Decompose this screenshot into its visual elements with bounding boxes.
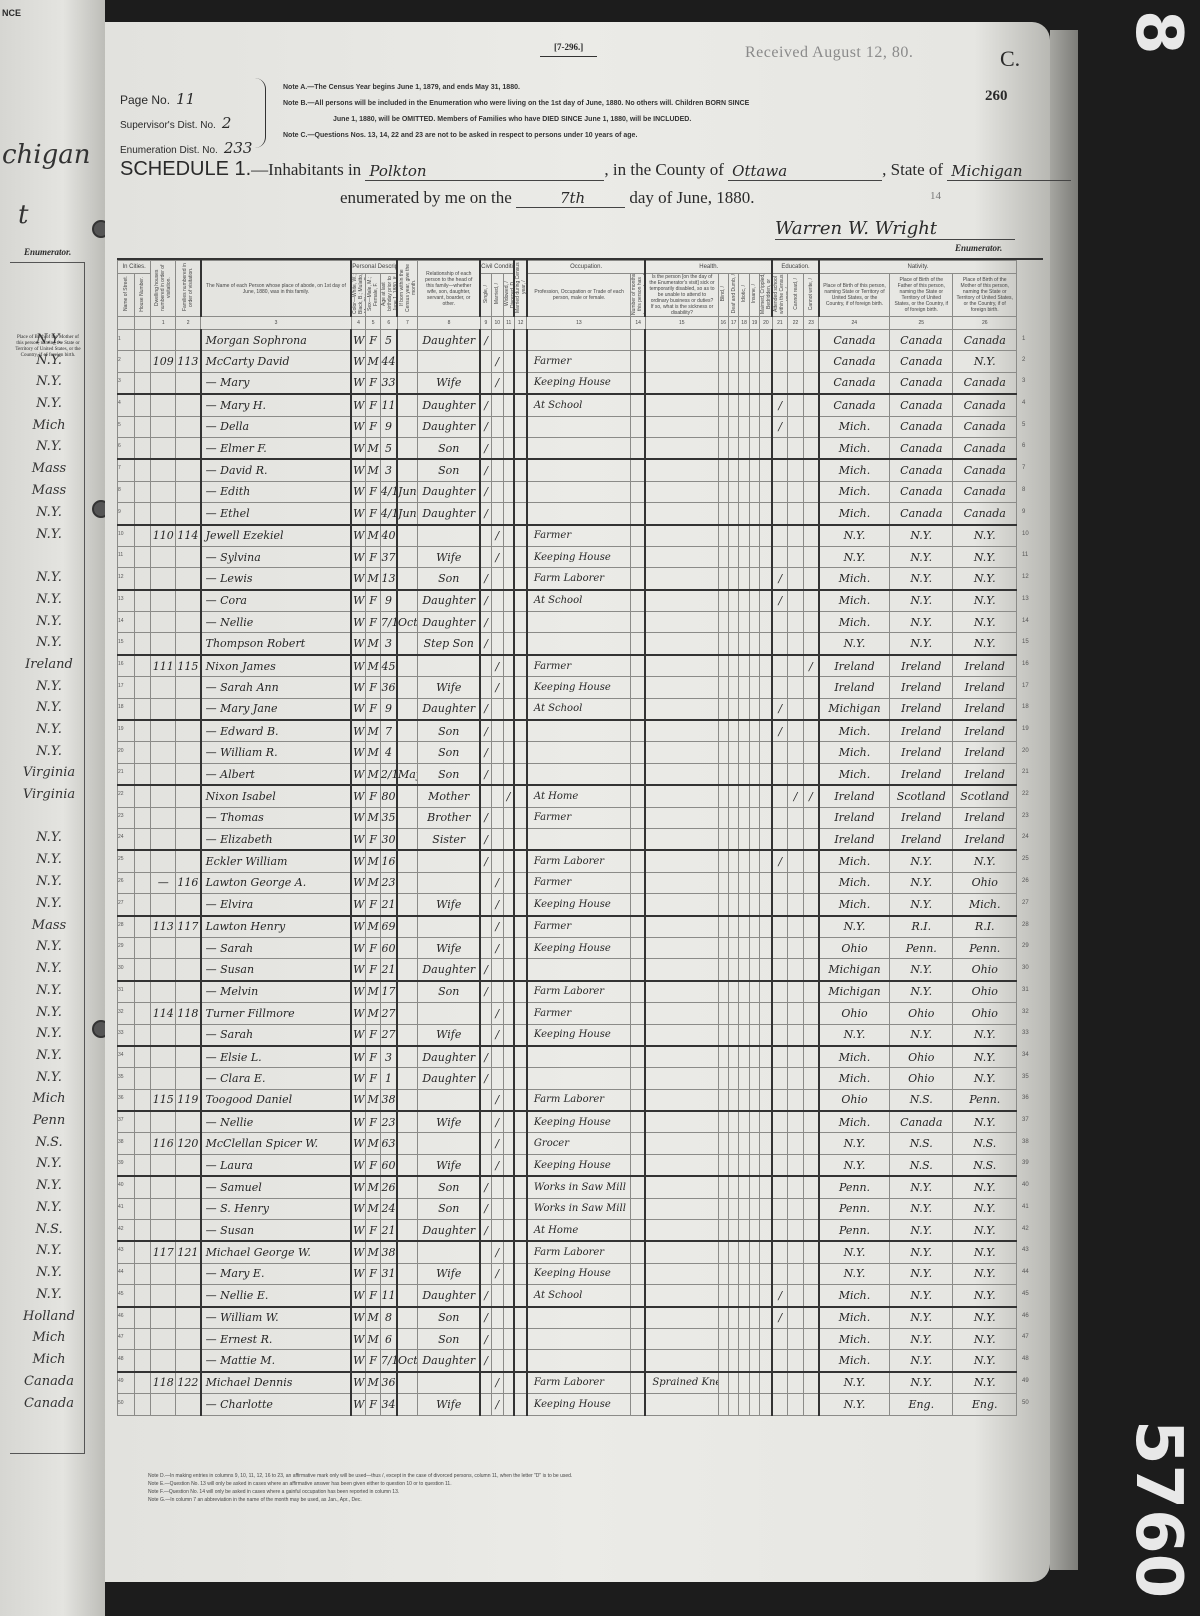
cell-deaf xyxy=(729,330,739,351)
cell-house xyxy=(134,1198,151,1219)
cell-sick xyxy=(645,937,718,958)
cell-bp: Ohio xyxy=(819,1003,890,1024)
cell-name: — Clara E. xyxy=(201,1068,352,1089)
cell-cw xyxy=(803,633,819,655)
cell-school: / xyxy=(772,1307,788,1329)
left-page-birthplace-cell: Holland xyxy=(14,1309,84,1324)
column-number: 24 xyxy=(819,317,890,330)
cell-idiotic xyxy=(739,394,749,416)
cell-cw xyxy=(803,1307,819,1329)
cell-blind xyxy=(718,394,728,416)
cell-fam xyxy=(176,394,201,416)
cell-sex: F xyxy=(366,503,381,525)
cell-dw xyxy=(151,850,176,872)
cell-bf: Ireland xyxy=(890,828,953,850)
cell-rel: Son xyxy=(418,1198,480,1219)
cell-name: — Mattie M. xyxy=(201,1350,352,1372)
cell-bm: Penn. xyxy=(953,937,1017,958)
cell-myear xyxy=(514,655,526,677)
line-number: 2 xyxy=(1022,357,1025,363)
cell-sick xyxy=(645,698,718,720)
line-number: 32 xyxy=(1022,1009,1029,1015)
cell-month xyxy=(397,1394,418,1415)
cell-sex: F xyxy=(366,785,381,807)
cell-house xyxy=(134,937,151,958)
line-number: 21 xyxy=(1022,769,1029,775)
cell-single xyxy=(480,1089,491,1111)
line-number-left: 21 xyxy=(118,769,124,775)
cell-deaf xyxy=(729,590,739,612)
cell-dw xyxy=(151,437,176,459)
cell-deaf xyxy=(729,503,739,525)
cell-idiotic xyxy=(739,1154,749,1176)
cell-sick xyxy=(645,1024,718,1046)
column-number: 6 xyxy=(380,317,397,330)
cell-sex: M xyxy=(366,459,381,481)
cell-dw xyxy=(151,1068,176,1089)
header-nativity: Nativity. xyxy=(819,261,1017,274)
cell-single: / xyxy=(480,1068,491,1089)
cell-school: / xyxy=(772,568,788,590)
cell-name: — Samuel xyxy=(201,1176,352,1198)
cell-maimed xyxy=(760,1133,772,1154)
cell-maimed xyxy=(760,546,772,567)
cell-age: 1 xyxy=(380,1068,397,1089)
schedule-line: SCHEDULE 1.—Inhabitants in Polkton, in t… xyxy=(120,158,1071,181)
line-number-left: 47 xyxy=(118,1334,124,1340)
cell-name: Toogood Daniel xyxy=(201,1089,352,1111)
corner-letter: C. xyxy=(1000,46,1020,72)
left-page-birthplace-cell: N.Y. xyxy=(14,374,84,389)
cell-idiotic xyxy=(739,698,749,720)
census-row: 116120McClellan Spicer W.WM63/GrocerN.Y.… xyxy=(118,1133,1017,1154)
line-number-left: 46 xyxy=(118,1313,124,1319)
cell-sex: F xyxy=(366,1068,381,1089)
cell-myear xyxy=(514,1176,526,1198)
cell-deaf xyxy=(729,1198,739,1219)
cell-myear xyxy=(514,807,526,828)
cell-color: W xyxy=(351,481,366,502)
cell-school xyxy=(772,503,788,525)
cell-bm: N.Y. xyxy=(953,1024,1017,1046)
cell-name: — Elvira xyxy=(201,894,352,916)
cell-fam xyxy=(176,1220,201,1242)
cell-age: 27 xyxy=(380,1003,397,1024)
cell-cw xyxy=(803,807,819,828)
line-number-left: 29 xyxy=(118,943,124,949)
cell-insane xyxy=(749,1133,759,1154)
cell-cr xyxy=(788,828,804,850)
cell-sex: F xyxy=(366,1285,381,1307)
cell-unemp xyxy=(631,655,646,677)
cell-cr xyxy=(788,763,804,785)
census-row: 109113McCarty DavidWM44/FarmerCanadaCana… xyxy=(118,351,1017,372)
cell-school xyxy=(772,916,788,938)
cell-deaf xyxy=(729,785,739,807)
cell-fam xyxy=(176,677,201,698)
line-number: 9 xyxy=(1022,509,1025,515)
cell-bm: N.Y. xyxy=(953,546,1017,567)
census-row: — CharlotteWF34Wife/Keeping HouseN.Y.Eng… xyxy=(118,1394,1017,1415)
cell-name: Michael Dennis xyxy=(201,1372,352,1394)
cell-month xyxy=(397,372,418,394)
cell-sick xyxy=(645,351,718,372)
cell-unemp xyxy=(631,437,646,459)
cell-bp: Michigan xyxy=(819,981,890,1003)
cell-month xyxy=(397,698,418,720)
cell-blind xyxy=(718,937,728,958)
place-field: Polkton xyxy=(365,162,604,181)
cell-deaf xyxy=(729,872,739,893)
cell-month xyxy=(397,1133,418,1154)
cell-bp: N.Y. xyxy=(819,1241,890,1263)
page-edge xyxy=(1050,30,1078,1570)
cell-insane xyxy=(749,916,759,938)
cell-occ xyxy=(527,763,631,785)
left-facing-page: NCE chigan t Enumerator. Place of Birth … xyxy=(0,0,105,1616)
cell-sick xyxy=(645,1046,718,1068)
cell-maimed xyxy=(760,742,772,763)
cell-bf: N.Y. xyxy=(890,1285,953,1307)
cell-married xyxy=(492,481,503,502)
cell-occ xyxy=(527,633,631,655)
cell-blind xyxy=(718,459,728,481)
cell-bp: Canada xyxy=(819,351,890,372)
cell-insane xyxy=(749,677,759,698)
header-widowed: Widowed, / Divorced, D. xyxy=(504,274,515,316)
cell-cr xyxy=(788,416,804,437)
cell-myear xyxy=(514,546,526,567)
cell-idiotic xyxy=(739,828,749,850)
cell-married xyxy=(492,1046,503,1068)
cell-month xyxy=(397,416,418,437)
cell-cw xyxy=(803,1024,819,1046)
inhabitants-label: —Inhabitants in xyxy=(251,160,361,179)
header-married-year: Married during Census year, / xyxy=(515,261,526,316)
cell-age: 5 xyxy=(380,330,397,351)
cell-month xyxy=(397,1046,418,1068)
cell-dw xyxy=(151,1220,176,1242)
cell-color: W xyxy=(351,720,366,742)
cell-insane xyxy=(749,785,759,807)
cell-occ: Farm Laborer xyxy=(527,850,631,872)
cell-bp: Mich. xyxy=(819,568,890,590)
census-row: — ElviraWF21Wife/Keeping HouseMich.N.Y.M… xyxy=(118,894,1017,916)
cell-cr xyxy=(788,1154,804,1176)
district-info: Page No.11 Supervisor's Dist. No.2 Enume… xyxy=(120,88,252,162)
cell-idiotic xyxy=(739,1003,749,1024)
cell-maimed xyxy=(760,1285,772,1307)
cell-myear xyxy=(514,612,526,633)
cell-single: / xyxy=(480,481,491,502)
cell-blind xyxy=(718,1176,728,1198)
state-field: Michigan xyxy=(947,162,1071,181)
cell-myear xyxy=(514,698,526,720)
cell-bf: N.Y. xyxy=(890,1328,953,1349)
cell-widowed xyxy=(503,698,514,720)
cell-single: / xyxy=(480,850,491,872)
cell-married: / xyxy=(492,1241,503,1263)
census-row: — Mary H.WF11Daughter/At School/CanadaCa… xyxy=(118,394,1017,416)
cell-cr xyxy=(788,1198,804,1219)
cell-bm: Canada xyxy=(953,330,1017,351)
left-page-birthplace-cell: N.Y. xyxy=(14,1156,84,1171)
cell-sex: M xyxy=(366,1372,381,1394)
cell-single xyxy=(480,351,491,372)
cell-dw: 118 xyxy=(151,1372,176,1394)
cell-cr xyxy=(788,1263,804,1284)
cell-house xyxy=(134,828,151,850)
cell-bf: Penn. xyxy=(890,937,953,958)
census-table: In Cities. Dwelling houses numbered in o… xyxy=(117,258,1043,1416)
cell-married xyxy=(492,807,503,828)
cell-maimed xyxy=(760,525,772,547)
cell-house xyxy=(134,1372,151,1394)
line-number-left: 45 xyxy=(118,1291,124,1297)
cell-insane xyxy=(749,1003,759,1024)
census-row: — Edward B.WM7Son//Mich.IrelandIreland xyxy=(118,720,1017,742)
cell-rel: Step Son xyxy=(418,633,480,655)
cell-blind xyxy=(718,1024,728,1046)
cell-bf: N.Y. xyxy=(890,612,953,633)
cell-rel: Daughter xyxy=(418,698,480,720)
cell-name: — Edward B. xyxy=(201,720,352,742)
cell-bm: Canada xyxy=(953,481,1017,502)
film-frame-number-top: 8 xyxy=(1121,10,1195,55)
cell-sick xyxy=(645,437,718,459)
cell-single: / xyxy=(480,416,491,437)
cell-sex: M xyxy=(366,807,381,828)
cell-deaf xyxy=(729,916,739,938)
cell-idiotic xyxy=(739,1241,749,1263)
cell-sex: F xyxy=(366,612,381,633)
cell-married xyxy=(492,568,503,590)
cell-rel: Sister xyxy=(418,828,480,850)
cell-bf: N.Y. xyxy=(890,1176,953,1198)
enumeration-label: Enumeration Dist. No. xyxy=(120,145,218,156)
cell-bp: Mich. xyxy=(819,742,890,763)
cell-fam: 115 xyxy=(176,655,201,677)
cell-deaf xyxy=(729,850,739,872)
cell-bm: N.Y. xyxy=(953,1263,1017,1284)
cell-myear xyxy=(514,590,526,612)
cell-rel: Wife xyxy=(418,894,480,916)
cell-bf: N.Y. xyxy=(890,1220,953,1242)
cell-rel: Son xyxy=(418,1176,480,1198)
cell-age: 3 xyxy=(380,1046,397,1068)
cell-color: W xyxy=(351,828,366,850)
cell-cr xyxy=(788,959,804,981)
cell-unemp xyxy=(631,1394,646,1415)
cell-widowed xyxy=(503,1089,514,1111)
cell-widowed xyxy=(503,525,514,547)
cell-blind xyxy=(718,698,728,720)
cell-cw xyxy=(803,720,819,742)
cell-age: 36 xyxy=(380,1372,397,1394)
cell-blind xyxy=(718,785,728,807)
cell-myear xyxy=(514,459,526,481)
cell-single xyxy=(480,525,491,547)
cell-fam: 113 xyxy=(176,351,201,372)
line-number: 34 xyxy=(1022,1052,1029,1058)
cell-dw: 111 xyxy=(151,655,176,677)
cell-idiotic xyxy=(739,612,749,633)
header-birth-person: Place of Birth of this person, naming St… xyxy=(820,283,889,307)
cell-name: McCarty David xyxy=(201,351,352,372)
cell-bm: Ireland xyxy=(953,828,1017,850)
cell-maimed xyxy=(760,481,772,502)
column-number: 25 xyxy=(890,317,953,330)
cell-deaf xyxy=(729,1220,739,1242)
cell-color: W xyxy=(351,1241,366,1263)
cell-bf: Canada xyxy=(890,372,953,394)
header-maimed: Maimed, Crippled, Bedridden, or otherwis… xyxy=(760,274,772,316)
cell-cr xyxy=(788,894,804,916)
cell-maimed xyxy=(760,894,772,916)
header-education: Education. xyxy=(772,261,819,274)
left-page-state-fragment: chigan xyxy=(2,140,91,170)
cell-cr xyxy=(788,590,804,612)
cell-myear xyxy=(514,568,526,590)
cell-bm: N.Y. xyxy=(953,1241,1017,1263)
cell-bp: Mich. xyxy=(819,459,890,481)
cell-sex: F xyxy=(366,416,381,437)
cell-dw: 110 xyxy=(151,525,176,547)
cell-sick xyxy=(645,720,718,742)
cell-age: 63 xyxy=(380,1133,397,1154)
cell-color: W xyxy=(351,1176,366,1198)
cell-school xyxy=(772,1372,788,1394)
cell-cw xyxy=(803,698,819,720)
cell-color: W xyxy=(351,330,366,351)
cell-sick xyxy=(645,785,718,807)
cell-unemp xyxy=(631,568,646,590)
cell-myear xyxy=(514,394,526,416)
film-frame-number-bottom: 5760 xyxy=(1121,1420,1195,1598)
cell-sick xyxy=(645,1068,718,1089)
left-page-birthplace-cell: Mass xyxy=(14,918,84,933)
cell-dw xyxy=(151,1046,176,1068)
cell-cr xyxy=(788,872,804,893)
cell-widowed xyxy=(503,1394,514,1415)
cell-cw xyxy=(803,416,819,437)
cell-deaf xyxy=(729,481,739,502)
cell-myear xyxy=(514,742,526,763)
cell-bf: Ireland xyxy=(890,742,953,763)
cell-insane xyxy=(749,1220,759,1242)
census-row: — MaryWF33Wife/Keeping HouseCanadaCanada… xyxy=(118,372,1017,394)
cell-unemp xyxy=(631,1350,646,1372)
cell-age: 4 xyxy=(380,742,397,763)
cell-idiotic xyxy=(739,481,749,502)
cell-color: W xyxy=(351,807,366,828)
cell-widowed xyxy=(503,959,514,981)
cell-insane xyxy=(749,981,759,1003)
cell-name: — Sarah xyxy=(201,1024,352,1046)
cell-idiotic xyxy=(739,677,749,698)
cell-myear xyxy=(514,872,526,893)
cell-school: / xyxy=(772,416,788,437)
cell-unemp xyxy=(631,677,646,698)
left-page-birthplace-cell: Mich xyxy=(14,418,84,433)
cell-idiotic xyxy=(739,720,749,742)
cell-married xyxy=(492,828,503,850)
cell-insane xyxy=(749,437,759,459)
cell-school xyxy=(772,959,788,981)
line-number-left: 39 xyxy=(118,1160,124,1166)
header-sickness: Is the person [on the day of the Enumera… xyxy=(646,274,717,316)
cell-school xyxy=(772,981,788,1003)
cell-bp: N.Y. xyxy=(819,546,890,567)
cell-rel xyxy=(418,916,480,938)
cell-occ: Keeping House xyxy=(527,937,631,958)
cell-cw xyxy=(803,481,819,502)
cell-age: 80 xyxy=(380,785,397,807)
cell-school xyxy=(772,872,788,893)
cell-color: W xyxy=(351,698,366,720)
cell-bm: Ohio xyxy=(953,1003,1017,1024)
cell-sex: M xyxy=(366,742,381,763)
cell-bp: Mich. xyxy=(819,590,890,612)
cell-married: / xyxy=(492,372,503,394)
cell-house xyxy=(134,568,151,590)
cell-school xyxy=(772,437,788,459)
cell-rel: Daughter xyxy=(418,612,480,633)
cell-maimed xyxy=(760,1089,772,1111)
cell-maimed xyxy=(760,677,772,698)
cell-bp: Mich. xyxy=(819,612,890,633)
line-number: 37 xyxy=(1022,1117,1029,1123)
cell-dw xyxy=(151,1176,176,1198)
cell-deaf xyxy=(729,1176,739,1198)
cell-insane xyxy=(749,937,759,958)
schedule-label: SCHEDULE 1. xyxy=(120,158,251,180)
cell-house xyxy=(134,1154,151,1176)
line-number-left: 19 xyxy=(118,726,124,732)
cell-sex: M xyxy=(366,1003,381,1024)
census-row: 111115Nixon JamesWM45/Farmer/IrelandIrel… xyxy=(118,655,1017,677)
cell-single: / xyxy=(480,568,491,590)
cell-school xyxy=(772,1328,788,1349)
line-number-left: 33 xyxy=(118,1030,124,1036)
cell-widowed xyxy=(503,633,514,655)
cell-idiotic xyxy=(739,590,749,612)
cell-sex: F xyxy=(366,1046,381,1068)
cell-fam xyxy=(176,503,201,525)
cell-myear xyxy=(514,330,526,351)
cell-insane xyxy=(749,1176,759,1198)
cell-blind xyxy=(718,807,728,828)
cell-sex: M xyxy=(366,916,381,938)
cell-house xyxy=(134,1241,151,1263)
cell-sick xyxy=(645,1307,718,1329)
left-page-birthplace-cell: N.Y. xyxy=(14,852,84,867)
cell-married: / xyxy=(492,525,503,547)
line-number-left: 26 xyxy=(118,878,124,884)
cell-single: / xyxy=(480,763,491,785)
cell-bf: Canada xyxy=(890,394,953,416)
cell-married xyxy=(492,1198,503,1219)
cell-house xyxy=(134,525,151,547)
line-number-left: 42 xyxy=(118,1226,124,1232)
cell-fam xyxy=(176,1307,201,1329)
cell-bm: Canada xyxy=(953,416,1017,437)
cell-bp: Mich. xyxy=(819,1307,890,1329)
line-number-left: 11 xyxy=(118,552,123,558)
line-number: 6 xyxy=(1022,443,1025,449)
header-health: Health. xyxy=(645,261,772,274)
cell-bf: Ireland xyxy=(890,655,953,677)
